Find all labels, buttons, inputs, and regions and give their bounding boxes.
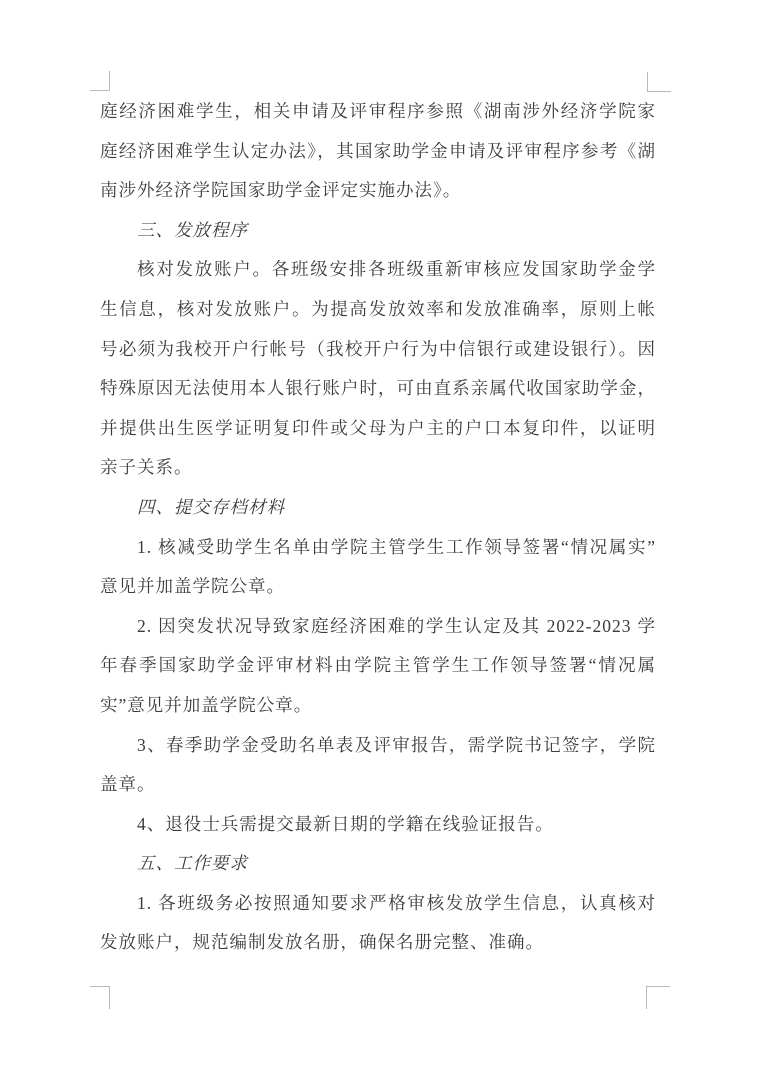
text-line: 盖章。 [100,765,656,805]
text-line: 实”意见并加盖学院公章。 [100,686,656,726]
text-line: 1. 核减受助学生名单由学院主管学生工作领导签署“情况属实” [100,528,656,568]
text-boundary-mark-top-right [647,72,671,92]
section-heading: 四、提交存档材料 [100,488,656,528]
text-line: 特殊原因无法使用本人银行账户时，可由直系亲属代收国家助学金， [100,369,656,409]
text-line: 发放账户，规范编制发放名册，确保名册完整、准确。 [100,923,656,963]
text-line: 4、退役士兵需提交最新日期的学籍在线验证报告。 [100,805,656,845]
text-line: 庭经济困难学生，相关申请及评审程序参照《湖南涉外经济学院家 [100,92,656,132]
text-line: 并提供出生医学证明复印件或父母为户主的户口本复印件，以证明 [100,409,656,449]
text-line: 核对发放账户。各班级安排各班级重新审核应发国家助学金学 [100,250,656,290]
text-boundary-mark-bottom-left [90,986,110,1009]
text-line: 意见并加盖学院公章。 [100,567,656,607]
text-line: 亲子关系。 [100,448,656,488]
text-boundary-mark-top-left [90,71,110,91]
text-boundary-mark-bottom-right [646,986,670,1009]
text-line: 庭经济困难学生认定办法》，其国家助学金申请及评审程序参考《湖 [100,132,656,172]
text-line: 1. 各班级务必按照通知要求严格审核发放学生信息，认真核对 [100,884,656,924]
text-line: 2. 因突发状况导致家庭经济困难的学生认定及其 2022-2023 学 [100,607,656,647]
document-body-text: 庭经济困难学生，相关申请及评审程序参照《湖南涉外经济学院家庭经济困难学生认定办法… [100,92,656,963]
document-page: 庭经济困难学生，相关申请及评审程序参照《湖南涉外经济学院家庭经济困难学生认定办法… [0,0,760,1075]
text-line: 年春季国家助学金评审材料由学院主管学生工作领导签署“情况属 [100,646,656,686]
text-line: 生信息，核对发放账户。为提高发放效率和发放准确率，原则上帐 [100,290,656,330]
text-line: 号必须为我校开户行帐号（我校开户行为中信银行或建设银行）。因 [100,330,656,370]
section-heading: 三、发放程序 [100,211,656,251]
text-line: 南涉外经济学院国家助学金评定实施办法》。 [100,171,656,211]
text-line: 3、春季助学金受助名单表及评审报告，需学院书记签字，学院 [100,726,656,766]
section-heading: 五、工作要求 [100,844,656,884]
